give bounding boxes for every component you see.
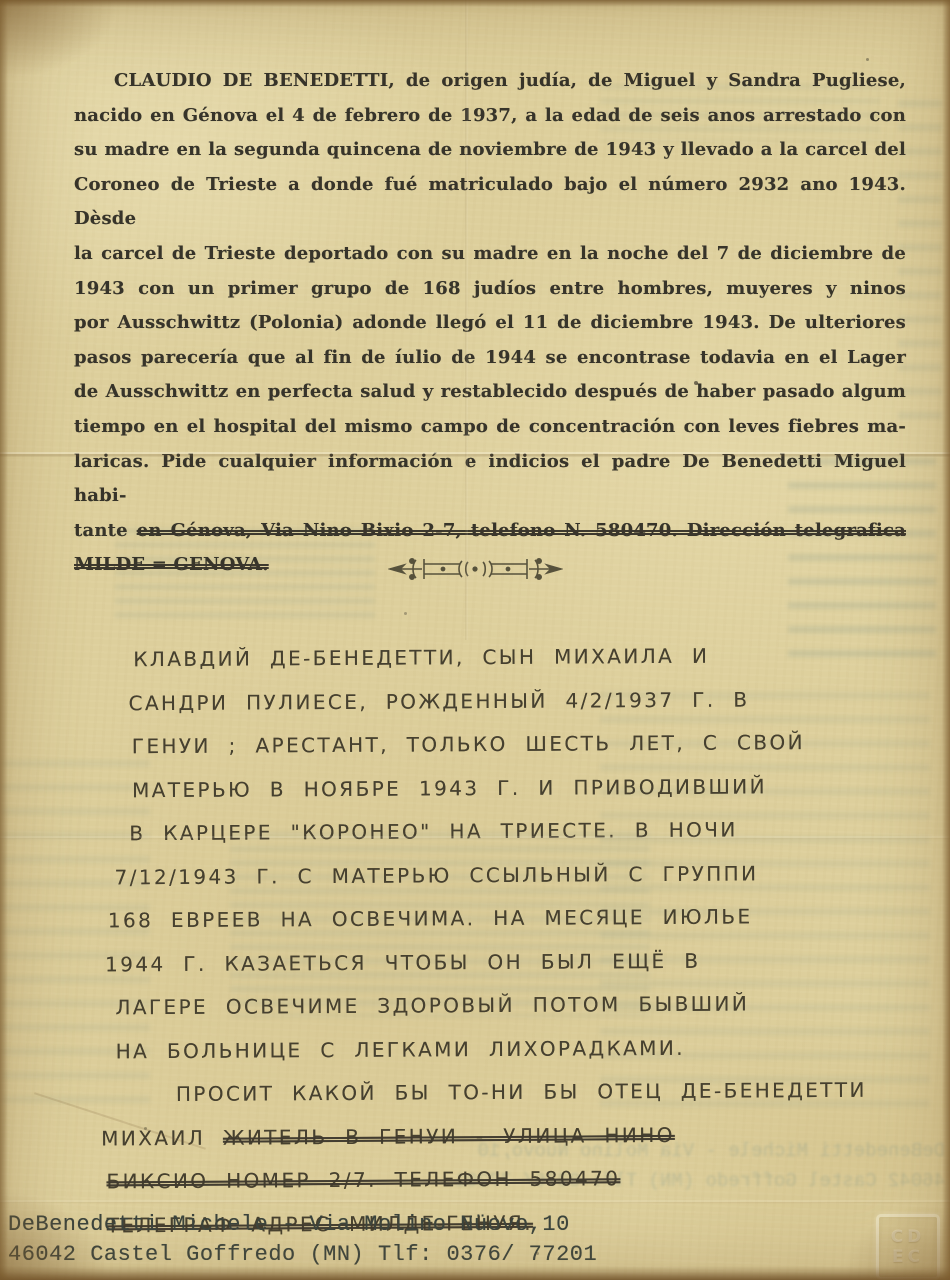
text-segment: laricas. Pide cualquier información e in… <box>74 451 906 507</box>
text-segment: de Ausschwittz en perfecta salud y resta… <box>74 381 906 402</box>
footer-line-1: DeBenedetti Michele - Via Molino Nüovo,1… <box>8 1210 597 1240</box>
struck-text: en Génova, Via Nino Bixio 2-7, telefono … <box>137 520 906 541</box>
text-segment: 7/12/1943 Г. С МАТЕРЬЮ ССЫЛЬНЫЙ С ГРУППИ <box>115 861 759 889</box>
text-segment: МИХАИЛ <box>101 1125 223 1150</box>
divider-fleuron-icon <box>388 552 563 586</box>
text-line: su madre en la segunda quincena de novie… <box>74 133 906 168</box>
spanish-paragraph: CLAUDIO DE BENEDETTI, de origen judía, d… <box>74 64 906 583</box>
text-segment: por Ausschwittz (Polonia) adonde llegó e… <box>74 312 906 333</box>
text-line: НА БОЛЬНИЦЕ С ЛЕГКАМИ ЛИХОРАДКАМИ. <box>101 1025 901 1073</box>
footer-line-2: 46042 Castel Goffredo (MN) Tlf: 0376/ 77… <box>8 1240 597 1270</box>
text-segment: 1944 Г. КАЗАЕТЬСЯ ЧТОБЫ ОН БЫЛ ЕЩЁ В <box>105 948 700 976</box>
text-line: МАТЕРЬЮ В НОЯБРЕ 1943 Г. И ПРИВОДИВШИЙ <box>99 764 899 812</box>
stamp-text: EC <box>892 1247 924 1267</box>
scanned-letter-page: DeBenedetti Michele - Via Molino Nüovo,1… <box>0 0 950 1280</box>
text-line: ЛАГЕРЕ ОСВЕЧИМЕ ЗДОРОВЫЙ ПОТОМ БЫВШИЙ <box>100 982 900 1030</box>
text-segment: 168 ЕВРЕЕВ НА ОСВЕЧИМА. НА МЕСЯЦЕ ИЮЛЬЕ <box>108 904 753 932</box>
text-segment: nacido en Génova el 4 de febrero de 1937… <box>74 105 906 126</box>
ink-speck <box>866 58 869 61</box>
text-line: nacido en Génova el 4 de febrero de 1937… <box>74 99 906 134</box>
struck-text: БИКСИО НОМЕР 2/7. ТЕЛЕФОН 580470 <box>106 1166 620 1193</box>
text-segment: Coroneo de Trieste a donde fué matricula… <box>74 174 906 230</box>
struck-text: MILDE = GENOVA. <box>74 554 269 575</box>
text-line: 1944 Г. КАЗАЕТЬСЯ ЧТОБЫ ОН БЫЛ ЕЩЁ В <box>100 938 900 986</box>
text-line: CLAUDIO DE BENEDETTI, de origen judía, d… <box>74 64 906 99</box>
text-line: 1943 con un primer grupo de 168 judíos e… <box>74 272 906 307</box>
text-line: Coroneo de Trieste a donde fué matricula… <box>74 168 906 237</box>
text-line: САНДРИ ПУЛИЕСЕ, РОЖДЕННЫЙ 4/2/1937 Г. В <box>98 677 898 725</box>
text-segment: САНДРИ ПУЛИЕСЕ, РОЖДЕННЫЙ 4/2/1937 Г. В <box>128 687 749 715</box>
text-segment: КЛАВДИЙ ДЕ-БЕНЕДЕТТИ, СЫН МИХАИЛА И <box>133 644 709 672</box>
text-segment: ГЕНУИ ; АРЕСТАНТ, ТОЛЬКО ШЕСТЬ ЛЕТ, С СВ… <box>132 730 805 758</box>
struck-text: ЖИТЕЛЬ В ГЕНУИ - УЛИЦА НИНО <box>223 1122 675 1149</box>
text-line: МИХАИЛ ЖИТЕЛЬ В ГЕНУИ - УЛИЦА НИНО <box>101 1112 901 1160</box>
text-line: la carcel de Trieste deportado con su ma… <box>74 237 906 272</box>
text-line: КЛАВДИЙ ДЕ-БЕНЕДЕТТИ, СЫН МИХАИЛА И <box>98 634 898 682</box>
footer-address: DeBenedetti Michele - Via Molino Nüovo,1… <box>8 1210 597 1270</box>
text-line: por Ausschwittz (Polonia) adonde llegó e… <box>74 306 906 341</box>
text-segment: ЛАГЕРЕ ОСВЕЧИМЕ ЗДОРОВЫЙ ПОТОМ БЫВШИЙ <box>115 991 749 1019</box>
paper-edge <box>0 0 8 1280</box>
text-segment: tante <box>74 520 137 541</box>
paper-edge <box>942 0 950 1280</box>
russian-translation: КЛАВДИЙ ДЕ-БЕНЕДЕТТИ, СЫН МИХАИЛА ИСАНДР… <box>98 634 902 1248</box>
text-segment: МАТЕРЬЮ В НОЯБРЕ 1943 Г. И ПРИВОДИВШИЙ <box>132 774 767 802</box>
text-line: 168 ЕВРЕЕВ НА ОСВЕЧИМА. НА МЕСЯЦЕ ИЮЛЬЕ <box>100 895 900 943</box>
text-segment: НА БОЛЬНИЦЕ С ЛЕГКАМИ ЛИХОРАДКАМИ. <box>116 1035 685 1062</box>
text-segment: pasos parecería que al fin de íulio de 1… <box>74 347 906 368</box>
text-line: de Ausschwittz en perfecta salud y resta… <box>74 375 906 410</box>
text-line: ГЕНУИ ; АРЕСТАНТ, ТОЛЬКО ШЕСТЬ ЛЕТ, С СВ… <box>99 721 899 769</box>
text-segment: CLAUDIO DE BENEDETTI, de origen judía, d… <box>114 70 906 91</box>
text-segment: tiempo en el hospital del mismo campo de… <box>74 416 906 437</box>
paper-edge <box>0 0 950 7</box>
stamp-text: CD <box>891 1227 926 1247</box>
embossed-stamp-icon: CD EC <box>876 1214 940 1280</box>
text-segment: su madre en la segunda quincena de novie… <box>74 139 906 160</box>
ink-speck <box>404 612 407 615</box>
text-line: БИКСИО НОМЕР 2/7. ТЕЛЕФОН 580470 <box>101 1156 901 1204</box>
text-segment: la carcel de Trieste deportado con su ma… <box>74 243 906 264</box>
text-line: tiempo en el hospital del mismo campo de… <box>74 410 906 445</box>
text-segment: 1943 con un primer grupo de 168 judíos e… <box>74 278 906 299</box>
text-line: laricas. Pide cualquier información e in… <box>74 445 906 514</box>
text-line: 7/12/1943 Г. С МАТЕРЬЮ ССЫЛЬНЫЙ С ГРУППИ <box>99 851 899 899</box>
text-line: tante en Génova, Via Nino Bixio 2-7, tel… <box>74 514 906 549</box>
text-segment: ПРОСИТ КАКОЙ БЫ ТО-НИ БЫ ОТЕЦ ДЕ-БЕНЕДЕТ… <box>176 1078 867 1106</box>
text-segment: В КАРЦЕРЕ "КОРОНЕО" НА ТРИЕСТЕ. В НОЧИ <box>129 818 738 846</box>
text-line: В КАРЦЕРЕ "КОРОНЕО" НА ТРИЕСТЕ. В НОЧИ <box>99 808 899 856</box>
text-line: pasos parecería que al fin de íulio de 1… <box>74 341 906 376</box>
text-line: ПРОСИТ КАКОЙ БЫ ТО-НИ БЫ ОТЕЦ ДЕ-БЕНЕДЕТ… <box>101 1069 901 1117</box>
